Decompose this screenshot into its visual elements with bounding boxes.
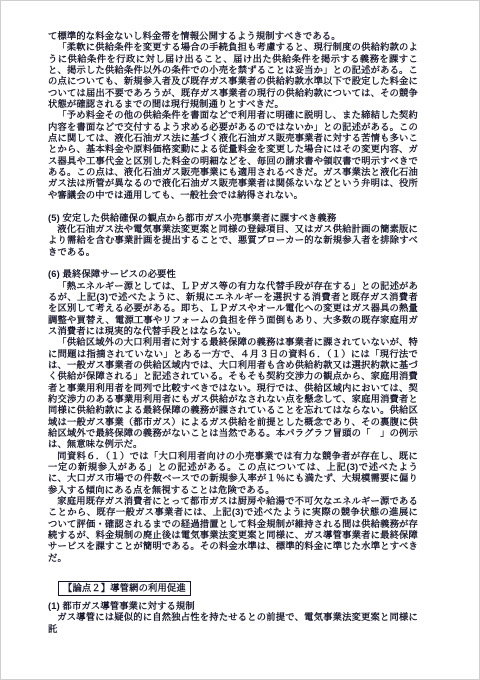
section-heading-1-pipeline: (1) 都市ガス導管事業に対する規制 [48, 601, 418, 612]
paragraph-continuation: て標準的な料金ないし料金帯を情報公開するよう規制すべきである。 [48, 31, 418, 42]
section-gap [48, 564, 418, 575]
paragraph-large-customer-entry: 同資料６．（１）では「大口利用者向けの小売事業では有力な競争者が存在し、既に一定… [48, 451, 418, 496]
section-gap [48, 201, 418, 212]
paragraph-pipeline-regulation: ガス導管には疑似的に自然独占性を持たせるとの前提で、電気事業法変更案と同様に託 [48, 612, 418, 635]
document-page: て標準的な料金ないし料金帯を情報公開するよう規制すべきである。 「柔軟に供給条件… [0, 0, 480, 680]
paragraph-last-resort-obligation: 「供給区域外の大口利用者に対する最終保障の義務は事業者に課されていないが、特に問… [48, 337, 418, 450]
section-heading-6: (6) 最終保障サービスの必要性 [48, 269, 418, 280]
paragraph-household-consumers: 家庭用既存ガス消費者にとって都市ガスは厨房や給湯で不可欠なエネルギー源であること… [48, 496, 418, 564]
paragraph-lp-gas-alternative: 「熱エネルギー源としては、ＬＰガス等の有力な代替手段が存在する」との記述があるが… [48, 281, 418, 338]
document-content: て標準的な料金ないし料金帯を情報公開するよう規制すべきである。 「柔軟に供給条件… [48, 31, 418, 635]
paragraph-written-explanation: 「予め料金その他の供給条件を書面などで利用者に明確に説明し、また締結した契約内容… [48, 110, 418, 201]
section-heading-5: (5) 安定した供給確保の観点から都市ガス小売事業者に課すべき義務 [48, 213, 418, 224]
topic2-heading-wrap: 【論点２】導管網の利用促進 [58, 581, 418, 597]
section-gap [48, 258, 418, 269]
paragraph-flexible-supply-conditions: 「柔軟に供給条件を変更する場合の手続負担も考慮すると、現行制度の供給約款のように… [48, 42, 418, 110]
paragraph-section5-body: 液化石油ガス法や電気事業法変更案と同様の登録項目、又はガス供給計画の簡素版により… [48, 224, 418, 258]
topic2-boxed-heading: 【論点２】導管網の利用促進 [58, 581, 191, 597]
